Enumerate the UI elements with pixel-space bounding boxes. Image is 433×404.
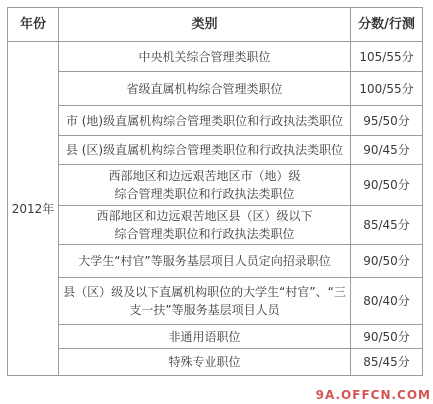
category-text: 综合管理类职位和行政执法类职位 [62, 225, 347, 243]
year-cell: 2012年 [8, 42, 59, 376]
category-text: 县（区）级及以下直属机构职位的大学生“村官”、“三 [62, 283, 347, 301]
category-text: 县 (区)级直属机构综合管理类职位和行政执法类职位 [62, 141, 347, 159]
score-table: 年份 类别 分数/行测 2012年 中央机关综合管理类职位 105/55分 省级… [7, 7, 423, 376]
table-row: 县 (区)级直属机构综合管理类职位和行政执法类职位 90/45分 [8, 136, 423, 165]
table-row: 省级直属机构综合管理类职位 100/55分 [8, 72, 423, 106]
table-row: 2012年 中央机关综合管理类职位 105/55分 [8, 42, 423, 72]
score-cell: 90/50分 [351, 165, 423, 206]
category-text: 省级直属机构综合管理类职位 [62, 80, 347, 98]
table-row: 西部地区和边远艰苦地区县（区）级以下 综合管理类职位和行政执法类职位 85/45… [8, 206, 423, 245]
table-row: 特殊专业职位 85/45分 [8, 349, 423, 376]
score-cell: 100/55分 [351, 72, 423, 106]
table-row: 西部地区和边远艰苦地区市（地）级 综合管理类职位和行政执法类职位 90/50分 [8, 165, 423, 206]
category-cell: 非通用语职位 [59, 325, 351, 349]
header-score-cell: 分数/行测 [351, 8, 423, 42]
category-cell: 县（区）级及以下直属机构职位的大学生“村官”、“三 支一扶”等服务基层项目人员 [59, 278, 351, 325]
category-cell: 省级直属机构综合管理类职位 [59, 72, 351, 106]
table-row: 非通用语职位 90/50分 [8, 325, 423, 349]
score-cell: 80/40分 [351, 278, 423, 325]
score-cell: 105/55分 [351, 42, 423, 72]
header-year-cell: 年份 [8, 8, 59, 42]
category-text: 非通用语职位 [62, 328, 347, 346]
table-row: 市 (地)级直属机构综合管理类职位和行政执法类职位 95/50分 [8, 106, 423, 136]
category-text: 西部地区和边远艰苦地区县（区）级以下 [62, 207, 347, 225]
category-text: 综合管理类职位和行政执法类职位 [62, 185, 347, 203]
category-text: 中央机关综合管理类职位 [62, 48, 347, 66]
score-cell: 85/45分 [351, 349, 423, 376]
category-text: 特殊专业职位 [62, 353, 347, 371]
category-text: 支一扶”等服务基层项目人员 [62, 301, 347, 319]
category-cell: 特殊专业职位 [59, 349, 351, 376]
category-text: 市 (地)级直属机构综合管理类职位和行政执法类职位 [62, 112, 347, 130]
table-row: 县（区）级及以下直属机构职位的大学生“村官”、“三 支一扶”等服务基层项目人员 … [8, 278, 423, 325]
offcn-watermark: 9A.OFFCN.COM [312, 388, 431, 402]
score-table-page: 年份 类别 分数/行测 2012年 中央机关综合管理类职位 105/55分 省级… [0, 0, 433, 404]
score-cell: 95/50分 [351, 106, 423, 136]
category-cell: 中央机关综合管理类职位 [59, 42, 351, 72]
category-text: 大学生“村官”等服务基层项目人员定向招录职位 [62, 252, 347, 270]
category-cell: 市 (地)级直属机构综合管理类职位和行政执法类职位 [59, 106, 351, 136]
score-cell: 90/45分 [351, 136, 423, 165]
category-cell: 县 (区)级直属机构综合管理类职位和行政执法类职位 [59, 136, 351, 165]
header-category-cell: 类别 [59, 8, 351, 42]
table-row: 大学生“村官”等服务基层项目人员定向招录职位 90/50分 [8, 245, 423, 278]
score-cell: 90/50分 [351, 325, 423, 349]
category-cell: 西部地区和边远艰苦地区市（地）级 综合管理类职位和行政执法类职位 [59, 165, 351, 206]
table-header-row: 年份 类别 分数/行测 [8, 8, 423, 42]
score-cell: 85/45分 [351, 206, 423, 245]
category-cell: 西部地区和边远艰苦地区县（区）级以下 综合管理类职位和行政执法类职位 [59, 206, 351, 245]
category-text: 西部地区和边远艰苦地区市（地）级 [62, 167, 347, 185]
score-cell: 90/50分 [351, 245, 423, 278]
category-cell: 大学生“村官”等服务基层项目人员定向招录职位 [59, 245, 351, 278]
